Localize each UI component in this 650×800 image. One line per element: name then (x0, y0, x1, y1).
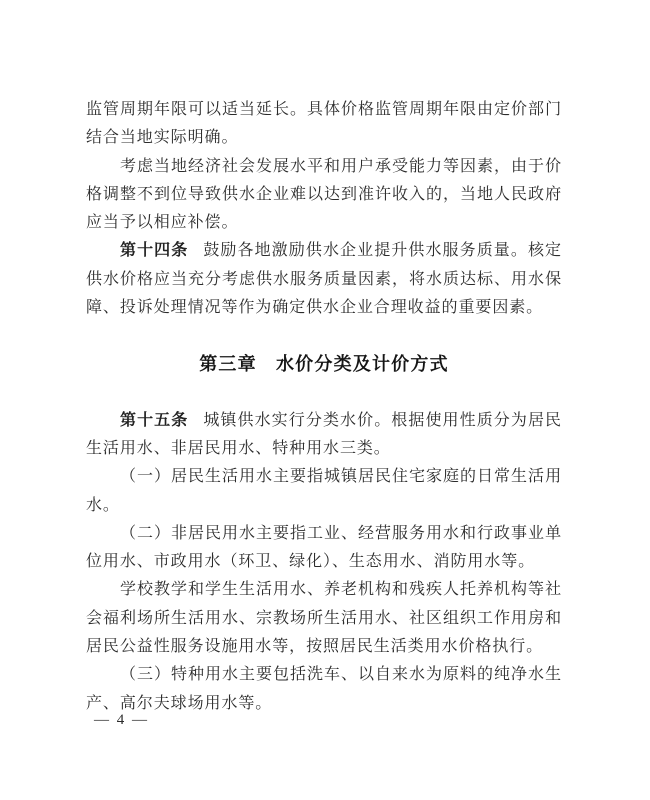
page-number: — 4 — (94, 712, 149, 729)
body-paragraph-item-1: （一）居民生活用水主要指城镇居民住宅家庭的日常生活用水。 (86, 463, 562, 520)
paragraph-text: （三）特种用水主要包括洗车、以自来水为原料的纯净水生产、高尔夫球场用水等。 (86, 666, 562, 711)
body-paragraph-article-15: 第十五条城镇供水实行分类水价。根据使用性质分为居民生活用水、非居民用水、特种用水… (86, 407, 562, 464)
body-paragraph-article-14: 第十四条鼓励各地激励供水企业提升供水服务质量。核定供水价格应当充分考虑供水服务质… (86, 237, 562, 322)
paragraph-text: （二）非居民用水主要指工业、经营服务用水和行政事业单位用水、市政用水（环卫、绿化… (86, 525, 562, 570)
paragraph-text: 监管周期年限可以适当延长。具体价格监管周期年限由定价部门结合当地实际明确。 (86, 101, 562, 146)
paragraph-text: 学校教学和学生生活用水、养老机构和残疾人托养机构等社会福利场所生活用水、宗教场所… (86, 581, 562, 655)
article-number-label: 第十五条 (120, 412, 188, 429)
body-paragraph: 学校教学和学生生活用水、养老机构和残疾人托养机构等社会福利场所生活用水、宗教场所… (86, 576, 562, 661)
body-paragraph-item-3: （三）特种用水主要包括洗车、以自来水为原料的纯净水生产、高尔夫球场用水等。 (86, 661, 562, 718)
document-body: 监管周期年限可以适当延长。具体价格监管周期年限由定价部门结合当地实际明确。 考虑… (86, 96, 562, 718)
body-paragraph-item-2: （二）非居民用水主要指工业、经营服务用水和行政事业单位用水、市政用水（环卫、绿化… (86, 520, 562, 577)
paragraph-text: 考虑当地经济社会发展水平和用户承受能力等因素，由于价格调整不到位导致供水企业难以… (86, 158, 562, 232)
body-paragraph: 监管周期年限可以适当延长。具体价格监管周期年限由定价部门结合当地实际明确。 (86, 96, 562, 153)
chapter-heading: 第三章 水价分类及计价方式 (86, 350, 562, 378)
body-paragraph: 考虑当地经济社会发展水平和用户承受能力等因素，由于价格调整不到位导致供水企业难以… (86, 153, 562, 238)
paragraph-text: （一）居民生活用水主要指城镇居民住宅家庭的日常生活用水。 (86, 468, 562, 513)
document-page: 监管周期年限可以适当延长。具体价格监管周期年限由定价部门结合当地实际明确。 考虑… (0, 0, 650, 800)
article-number-label: 第十四条 (120, 242, 188, 259)
